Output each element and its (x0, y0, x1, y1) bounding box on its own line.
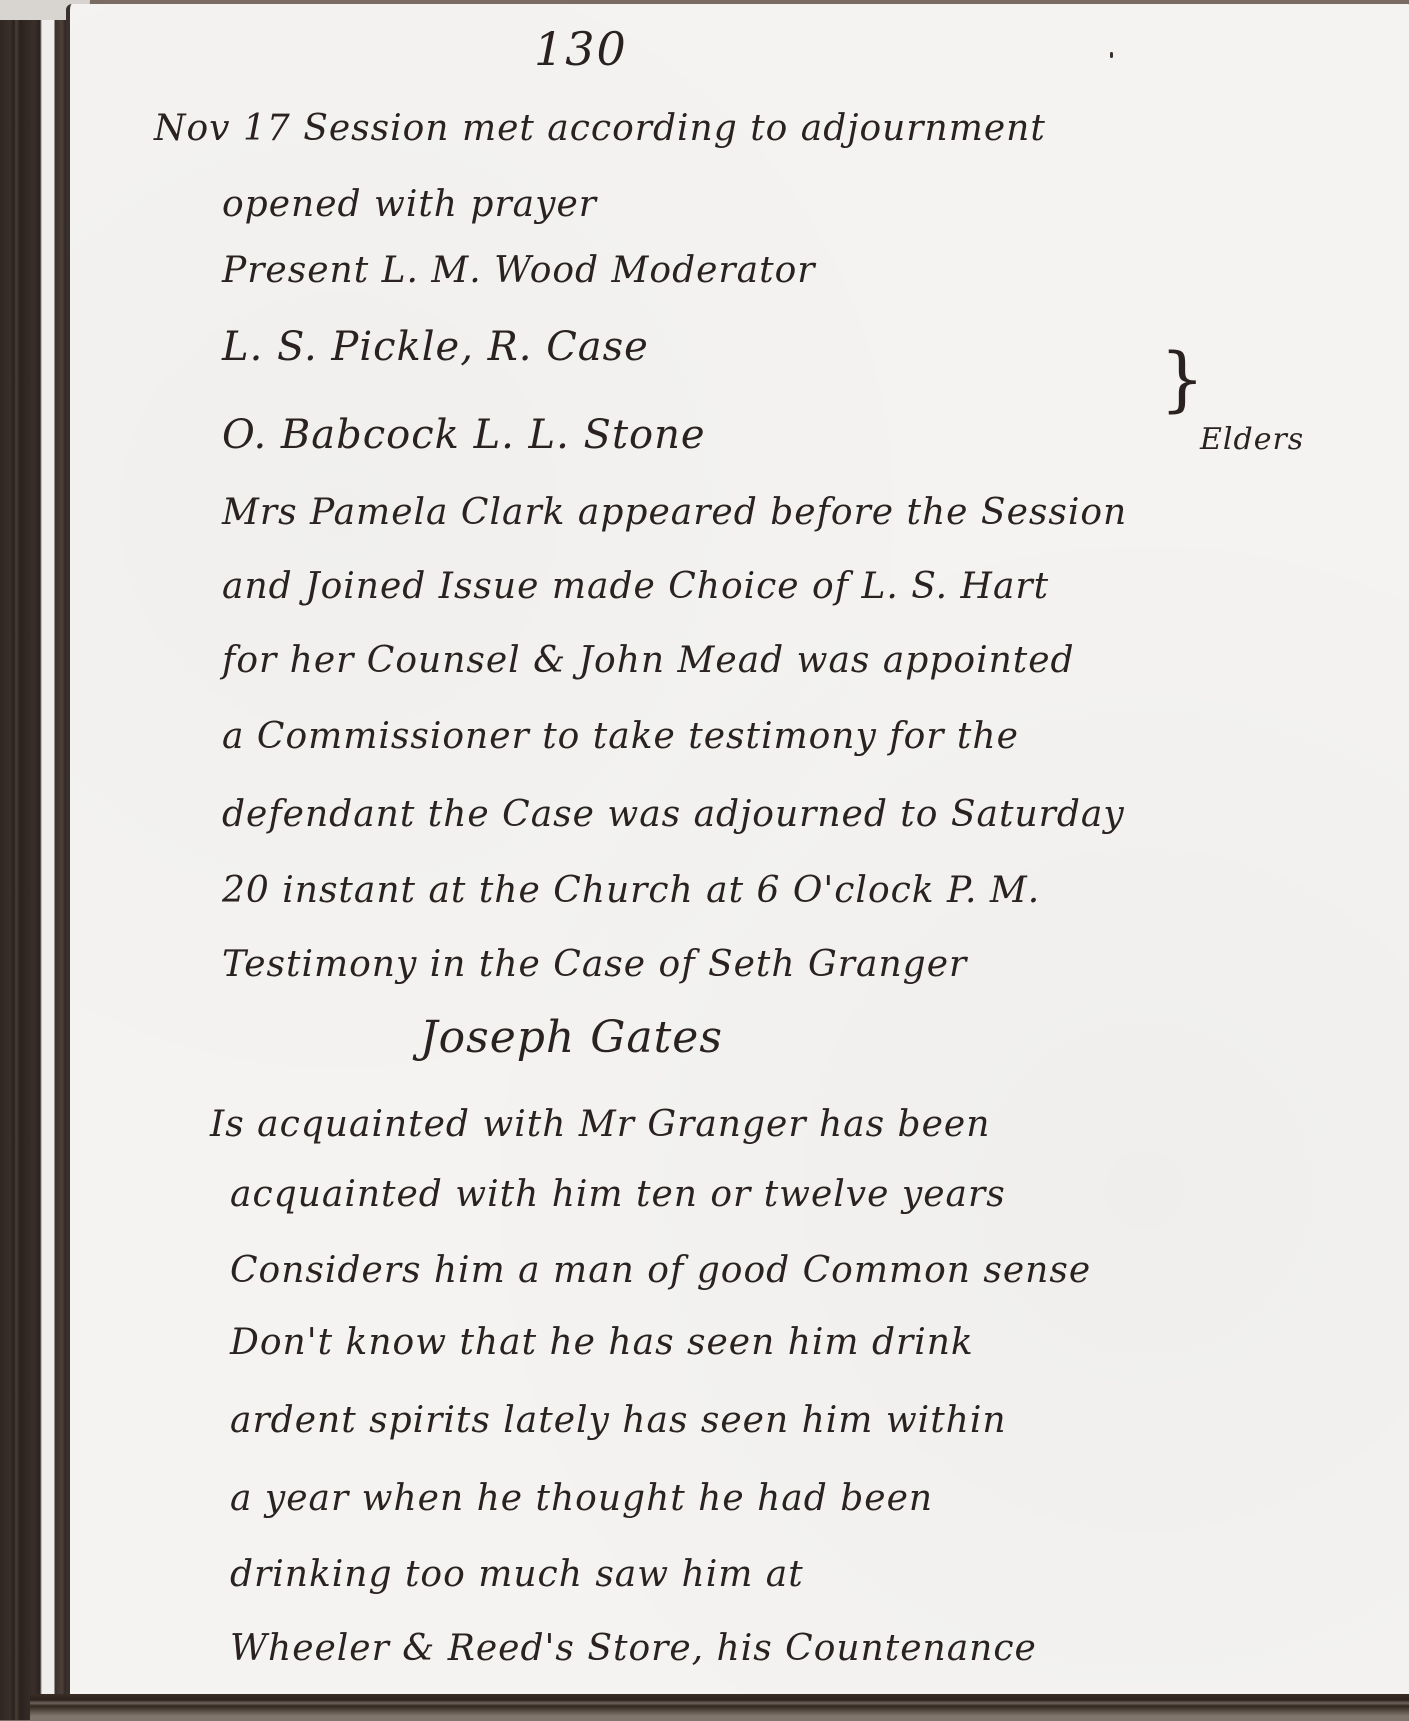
entry-line-11: 20 instant at the Church at 6 O'clock P.… (222, 870, 1040, 911)
entry-line-10: defendant the Case was adjourned to Satu… (222, 794, 1125, 835)
testimony-line-6: a year when he thought he had been (230, 1478, 933, 1519)
book-binding (0, 20, 68, 1720)
testimony-heading: Testimony in the Case of Seth Granger (222, 944, 967, 985)
testimony-line-4: Don't know that he has seen him drink (230, 1322, 974, 1363)
entry-line-2: opened with prayer (222, 184, 597, 225)
entry-line-9: a Commissioner to take testimony for the (222, 716, 1019, 757)
testimony-line-5: ardent spirits lately has seen him withi… (230, 1400, 1007, 1441)
entry-line-7: and Joined Issue made Choice of L. S. Ha… (222, 566, 1049, 607)
testimony-line-8: Wheeler & Reed's Store, his Countenance (230, 1628, 1037, 1669)
manuscript-page: 130 Nov 17 Session met according to adjo… (66, 4, 1409, 1698)
entry-line-1: Nov 17 Session met according to adjournm… (154, 108, 1046, 149)
document-scan: 130 Nov 17 Session met according to adjo… (0, 0, 1409, 1721)
testimony-line-3: Considers him a man of good Common sense (230, 1250, 1091, 1291)
entry-line-8: for her Counsel & John Mead was appointe… (222, 640, 1075, 681)
elders-label: Elders (1200, 422, 1304, 457)
testimony-line-1: Is acquainted with Mr Granger has been (210, 1104, 990, 1145)
attendance-line-elders-1: L. S. Pickle, R. Case (222, 324, 649, 370)
testimony-line-7: drinking too much saw him at (230, 1554, 804, 1595)
attendance-line-present: Present L. M. Wood Moderator (222, 250, 815, 291)
testimony-line-2: acquainted with him ten or twelve years (230, 1174, 1006, 1215)
page-number: 130 (534, 22, 628, 76)
attendance-line-elders-2: O. Babcock L. L. Stone (222, 412, 706, 458)
elders-bracket: } (1160, 344, 1205, 414)
ink-speck (1110, 52, 1113, 58)
entry-line-6: Mrs Pamela Clark appeared before the Ses… (222, 492, 1127, 533)
page-bottom-edge (30, 1694, 1409, 1721)
witness-name: Joseph Gates (420, 1012, 723, 1063)
